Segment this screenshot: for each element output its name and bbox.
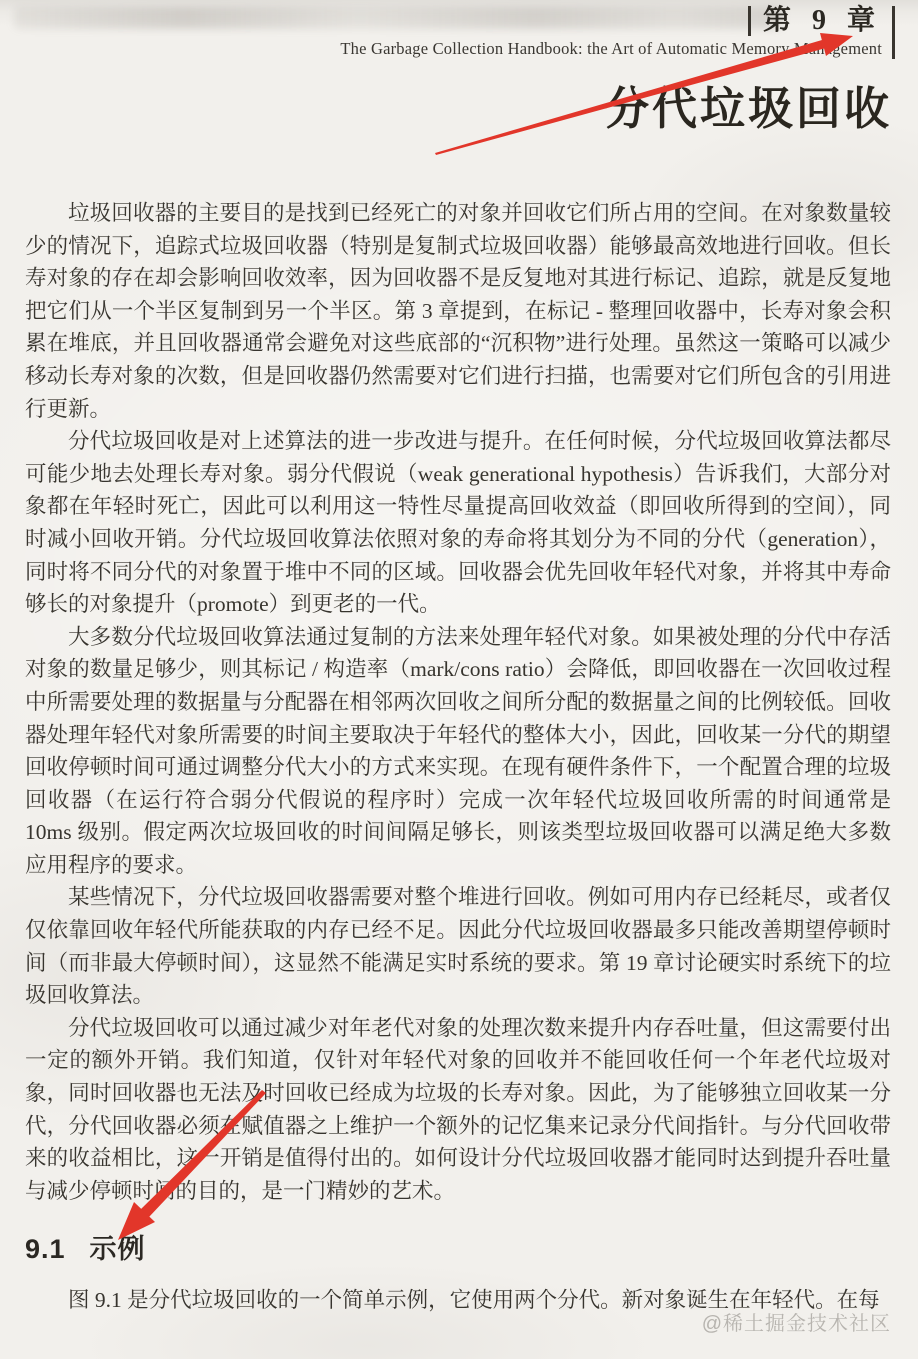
section-heading: 9.1 示例 <box>25 1233 891 1266</box>
book-title-english: The Garbage Collection Handbook: the Art… <box>340 39 882 59</box>
chapter-label: 第 9 章 <box>748 6 882 36</box>
paragraph-2: 分代垃圾回收是对上述算法的进一步改进与提升。在任何时候，分代垃圾回收算法都尽可能… <box>25 425 891 621</box>
section-title: 示例 <box>90 1233 146 1266</box>
chapter-title: 分代垃圾回收 <box>604 72 892 137</box>
paragraph-1: 垃圾回收器的主要目的是找到已经死亡的对象并回收它们所占用的空间。在对象数量较少的… <box>25 197 891 425</box>
section-number: 9.1 <box>25 1233 66 1266</box>
paragraph-4: 某些情况下，分代垃圾回收器需要对整个堆进行回收。例如可用内存已经耗尽，或者仅仅依… <box>25 881 891 1011</box>
watermark: @稀土掘金技术社区 <box>702 1307 891 1336</box>
book-page: 第 9 章 The Garbage Collection Handbook: t… <box>0 0 918 1359</box>
paragraph-3: 大多数分代垃圾回收算法通过复制的方法来处理年轻代对象。如果被处理的分代中存活对象… <box>25 621 891 882</box>
body-text: 垃圾回收器的主要目的是找到已经死亡的对象并回收它们所占用的空间。在对象数量较少的… <box>25 197 891 1317</box>
paragraph-5: 分代垃圾回收可以通过减少对年老代对象的处理次数来提升内存吞吐量，但这需要付出一定… <box>25 1012 891 1208</box>
chapter-header: 第 9 章 The Garbage Collection Handbook: t… <box>340 6 895 59</box>
